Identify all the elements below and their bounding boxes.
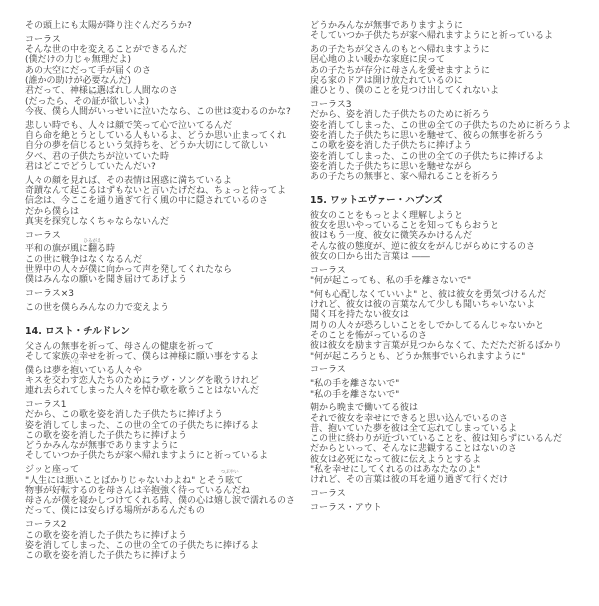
- lyric-stanza: コーラス×3: [25, 289, 313, 299]
- lyric-stanza: あの子たちが父さんのもとへ帰れますように居心地のよい暖かな家庭に戻ってあの子たち…: [310, 45, 598, 96]
- lyric-line: コーラス: [310, 489, 598, 499]
- lyric-stanza: 彼女のことをもっとよく理解しようと彼女を思いやっていることを知ってもらおうと彼は…: [310, 211, 598, 262]
- lyric-line: 自分の夢を信じるという気持ちを、どうか大切にして欲しい: [25, 141, 313, 151]
- lyric-line: この歌を姿を消した子供たちに捧げよう: [310, 141, 598, 151]
- lyric-line: 聞く耳を持たない彼女は: [310, 310, 598, 320]
- lyric-stanza: この世を僕らみんなの力で変えよう: [25, 303, 313, 313]
- lyric-stanza: 朝から晩まで働いてる彼はそれで彼女を幸せにできると思い込んでいるのさ昔、抱いてい…: [310, 403, 598, 485]
- lyric-line: この世に戦争はなくなるんだ: [25, 255, 313, 265]
- lyric-line: 人々の顔を見れば、その表情は困惑に満ちているよ: [25, 176, 313, 186]
- lyric-line: 周りの人々が恐ろしいことをしでかしてるんじゃないかと: [310, 321, 598, 331]
- lyric-line: 僕はみんなの願いを聞き届けてあげよう: [25, 275, 313, 285]
- lyric-line: 信念は、今ここを通り過ぎて行く風の中に隠されているのさ: [25, 196, 313, 206]
- lyric-line: "人生には悪いことばかりじゃないわよね" とそう呟つぶやいて: [25, 476, 313, 486]
- lyric-line: けれど、その言葉は彼の耳を通り過ぎて行くだけ: [310, 475, 598, 485]
- lyric-line: 昔、抱いていた夢を彼は全て忘れてしまっているよ: [310, 424, 598, 434]
- lyrics-column-right: どうかみんなが無事でありますようにそしていつか子供たちが家へ帰れますようにと祈っ…: [310, 21, 598, 517]
- lyric-line: この歌を姿を消した子供たちに捧げよう: [25, 531, 313, 541]
- lyric-line: "何が起こっても、私の手を離さないで": [310, 276, 598, 286]
- lyric-line: だから、この歌を姿を消した子供たちに捧げよう: [25, 410, 313, 420]
- lyric-line: "私の手を離さないで": [310, 379, 598, 389]
- lyric-line: (だったら、その証あかしが欲しいよ): [25, 97, 313, 107]
- lyric-stanza: コーラスそんな世の中を変えることができるんだ(僕だけの力じゃ無理だよ)あの大空に…: [25, 35, 313, 117]
- lyric-stanza: ジッと座って"人生には悪いことばかりじゃないわよね" とそう呟つぶやいて物事が好…: [25, 465, 313, 516]
- lyric-line: そんな世の中を変えることができるんだ: [25, 45, 313, 55]
- lyric-line: 姿を消してしまった、この世の全ての子供たちのために祈ろうよ: [310, 121, 598, 131]
- lyric-line: この世に終わりが近づいていることを、彼は知らずにいるんだ: [310, 434, 598, 444]
- lyric-stanza: 平和の旗が風に翻ひるがえる時この世に戦争はなくなるんだ世界中の人々が僕に向かって…: [25, 244, 313, 285]
- lyric-line: 姿を消してしまった、この世の全ての子供たちに捧げるよ: [25, 421, 313, 431]
- lyric-line: 君はどこでどうしていたんだい?: [25, 162, 313, 172]
- lyric-line: そのことを怖がっているのさ: [310, 331, 598, 341]
- lyric-line: 彼女を思いやっていることを知ってもらおうと: [310, 221, 598, 231]
- lyric-stanza: コーラス3だから、姿を消した子供たちのために祈ろう姿を消してしまった、この世の全…: [310, 100, 598, 182]
- lyric-line: コーラス: [25, 35, 313, 45]
- track-title-text: 15. ワットエヴァー・ハプンズ: [310, 196, 598, 206]
- lyric-line: コーラス2: [25, 520, 313, 530]
- lyric-line: 物事が好転するのを母さんは辛抱強く待っているんだね: [25, 486, 313, 496]
- lyric-line: コーラス×3: [25, 289, 313, 299]
- lyric-line: 父さんの無事を祈って、母さんの健康を祈って: [25, 342, 313, 352]
- lyric-line: 真実を探究しなくちゃならないんだ: [25, 217, 313, 227]
- lyric-stanza: コーラス: [310, 489, 598, 499]
- lyric-line: だから僕らは: [25, 207, 313, 217]
- lyric-line: 世界中の人々が僕に向かって声を発してくれたなら: [25, 265, 313, 275]
- lyric-stanza: コーラス2この歌を姿を消した子供たちに捧げよう姿を消してしまった、この世の全ての…: [25, 520, 313, 561]
- furigana-annotated-kanji: 証あかし: [92, 97, 101, 107]
- lyric-line: そしていつか子供たちが家へ帰れますようにと祈っているよ: [25, 451, 313, 461]
- track-title-text: 14. ロスト・チルドレン: [25, 327, 313, 337]
- lyric-line: この歌を姿を消した子供たちに捧げよう: [25, 431, 313, 441]
- lyric-stanza: コーラス: [310, 365, 598, 375]
- lyrics-column-left: その頭上にも太陽が降り注ぐんだろうか?コーラスそんな世の中を変えることができるん…: [25, 21, 313, 565]
- lyric-line: 朝から晩まで働いてる彼は: [310, 403, 598, 413]
- lyric-stanza: コーラス・アウト: [310, 503, 598, 513]
- lyric-line: どうかみんなが無事でありますように: [310, 21, 598, 31]
- lyric-line: ジッと座って: [25, 465, 313, 475]
- lyric-line: 自ら命を絶とうとしている人もいるよ、どうか思い止まってくれ: [25, 131, 313, 141]
- lyric-line: だから、姿を消した子供たちのために祈ろう: [310, 110, 598, 120]
- lyric-stanza: コーラス"何が起こっても、私の手を離さないで": [310, 266, 598, 287]
- lyric-line: けれど、彼女は彼の言葉なんて少しも聞いちゃいないよ: [310, 300, 598, 310]
- lyric-line: 彼女の口から出た言葉は ――: [310, 252, 598, 262]
- lyric-line: コーラス3: [310, 100, 598, 110]
- lyric-line: "私の手を離さないで": [310, 390, 598, 400]
- lyric-line: コーラス: [310, 365, 598, 375]
- lyric-line: その頭上にも太陽が降り注ぐんだろうか?: [25, 21, 313, 31]
- lyric-line: 彼はもう一度、彼女に微笑みかけるんだ: [310, 231, 598, 241]
- lyric-line: 彼女のことをもっとよく理解しようと: [310, 211, 598, 221]
- lyric-line: 奇蹟なんて起こるはずもないと言いたげだね、ちょっと待ってよ: [25, 186, 313, 196]
- lyric-line: コーラス・アウト: [310, 503, 598, 513]
- lyric-line: あの子たちの無事と、家へ帰れることを祈ろう: [310, 172, 598, 182]
- lyric-line: この世を僕らみんなの力で変えよう: [25, 303, 313, 313]
- lyrics-page: その頭上にも太陽が降り注ぐんだろうか?コーラスそんな世の中を変えることができるん…: [0, 0, 599, 606]
- lyric-stanza: コーラス: [25, 231, 313, 241]
- lyric-stanza: 父さんの無事を祈って、母さんの健康を祈ってそして家族の幸せを祈って、僕らは神様に…: [25, 342, 313, 363]
- lyric-line: 姿を消した子供たちに思いを馳はせて、彼らの無事を祈ろう: [310, 131, 598, 141]
- lyric-stanza: 人々の顔を見れば、その表情は困惑に満ちているよ奇蹟なんて起こるはずもないと言いた…: [25, 176, 313, 227]
- lyric-line: あの子たちが存分に母さんを愛せますように: [310, 66, 598, 76]
- lyric-line: そして家族の幸せを祈って、僕らは神様に願い事をするよ: [25, 352, 313, 362]
- furigana-annotated-kanji: 呟つぶやい: [225, 476, 234, 486]
- lyric-line: 姿を消してしまった、この世の全ての子供たちに捧げるよ: [25, 541, 313, 551]
- track-title: 15. ワットエヴァー・ハプンズ: [310, 196, 598, 206]
- lyric-line: 戻る家のドアは開け放たれているのに: [310, 76, 598, 86]
- lyric-line: 姿を消した子供たちに思いを馳せながら: [310, 162, 598, 172]
- lyric-stanza: "私の手を離さないで""私の手を離さないで": [310, 379, 598, 400]
- lyric-line: コーラス: [25, 231, 313, 241]
- lyric-line: 悲しい時でも、人々は顔で笑って心で泣いてるんだ: [25, 121, 313, 131]
- lyric-line: (誰かの助けが必要なんだ): [25, 76, 313, 86]
- lyric-line: 彼女は必死になって彼に伝えようとするよ: [310, 455, 598, 465]
- lyric-stanza: 僕らは夢を抱いだいている人々やキスを交わす恋人たちのためにラヴ・ソングを歌うけれ…: [25, 366, 313, 397]
- lyric-line: 僕らは夢を抱いだいている人々や: [25, 366, 313, 376]
- lyric-line: 夕べ、君の子供たちが泣いていた時: [25, 152, 313, 162]
- furigana-annotated-kanji: 馳は: [427, 131, 436, 141]
- lyric-line: だからといって、そんなに悲観することはないのさ: [310, 444, 598, 454]
- lyric-line: 平和の旗が風に翻ひるがえる時: [25, 244, 313, 254]
- lyric-stanza: コーラス1だから、この歌を姿を消した子供たちに捧げよう姿を消してしまった、この世…: [25, 400, 313, 462]
- lyric-line: "何が起ころうとも、どうか無事でいられますように": [310, 352, 598, 362]
- lyric-line: "何も心配しなくていいよ" と、彼は彼女を勇気づけるんだ: [310, 290, 598, 300]
- lyric-line: そんな彼の態度が、逆に彼女をがんじがらめにするのさ: [310, 242, 598, 252]
- lyric-stanza: 悲しい時でも、人々は顔で笑って心で泣いてるんだ自ら命を絶とうとしている人もいるよ…: [25, 121, 313, 172]
- lyric-line: この歌を姿を消した子供たちに捧げよう: [25, 551, 313, 561]
- lyric-line: コーラス1: [25, 400, 313, 410]
- furigana-annotated-kanji: 悼いた: [142, 386, 151, 396]
- lyric-line: そしていつか子供たちが家へ帰れますようにと祈っているよ: [310, 31, 598, 41]
- lyric-line: それで彼女を幸せにできると思い込んでいるのさ: [310, 414, 598, 424]
- lyric-line: (僕だけの力じゃ無理だよ): [25, 55, 313, 65]
- lyric-line: 君だって、神様に選ばれし人間なのさ: [25, 86, 313, 96]
- furigana-annotated-kanji: 抱いだ: [70, 366, 79, 376]
- lyric-line: 母さんが僕を寝かしつけてくれる時、僕の心は嬉し涙で濡れるのさ: [25, 496, 313, 506]
- lyric-stanza: その頭上にも太陽が降り注ぐんだろうか?: [25, 21, 313, 31]
- furigana-annotated-kanji: 翻ひるがえ: [88, 244, 97, 254]
- lyric-line: 今夜、僕ら人間がいっせいに泣いたなら、この世は変わるのかな?: [25, 107, 313, 117]
- lyric-line: 彼は彼女を励ます言葉が見つからなくて、ただただ祈るばかり: [310, 341, 598, 351]
- lyric-line: コーラス: [310, 266, 598, 276]
- lyric-line: 誰ひとり、僕のことを見つけ出してくれないよ: [310, 86, 598, 96]
- lyric-line: あの子たちが父さんのもとへ帰れますように: [310, 45, 598, 55]
- lyric-stanza: "何も心配しなくていいよ" と、彼は彼女を勇気づけるんだけれど、彼女は彼の言葉な…: [310, 290, 598, 362]
- track-title: 14. ロスト・チルドレン: [25, 327, 313, 337]
- lyric-line: あの大空にだって手が届くのさ: [25, 66, 313, 76]
- lyric-line: 居心地のよい暖かな家庭に戻って: [310, 55, 598, 65]
- lyric-stanza: どうかみんなが無事でありますようにそしていつか子供たちが家へ帰れますようにと祈っ…: [310, 21, 598, 42]
- lyric-line: キスを交わす恋人たちのためにラヴ・ソングを歌うけれど: [25, 376, 313, 386]
- lyric-line: 連れ去られてしまった人々を悼いたむ歌を歌うことはないんだ: [25, 386, 313, 396]
- lyric-line: "私を幸せにしてくれるのはあなたなのよ": [310, 465, 598, 475]
- lyric-line: だって、僕には安らげる場所があるんだもの: [25, 506, 313, 516]
- lyric-line: 姿を消してしまった、この世の全ての子供たちに捧げるよ: [310, 152, 598, 162]
- lyric-line: どうかみんなが無事でありますように: [25, 441, 313, 451]
